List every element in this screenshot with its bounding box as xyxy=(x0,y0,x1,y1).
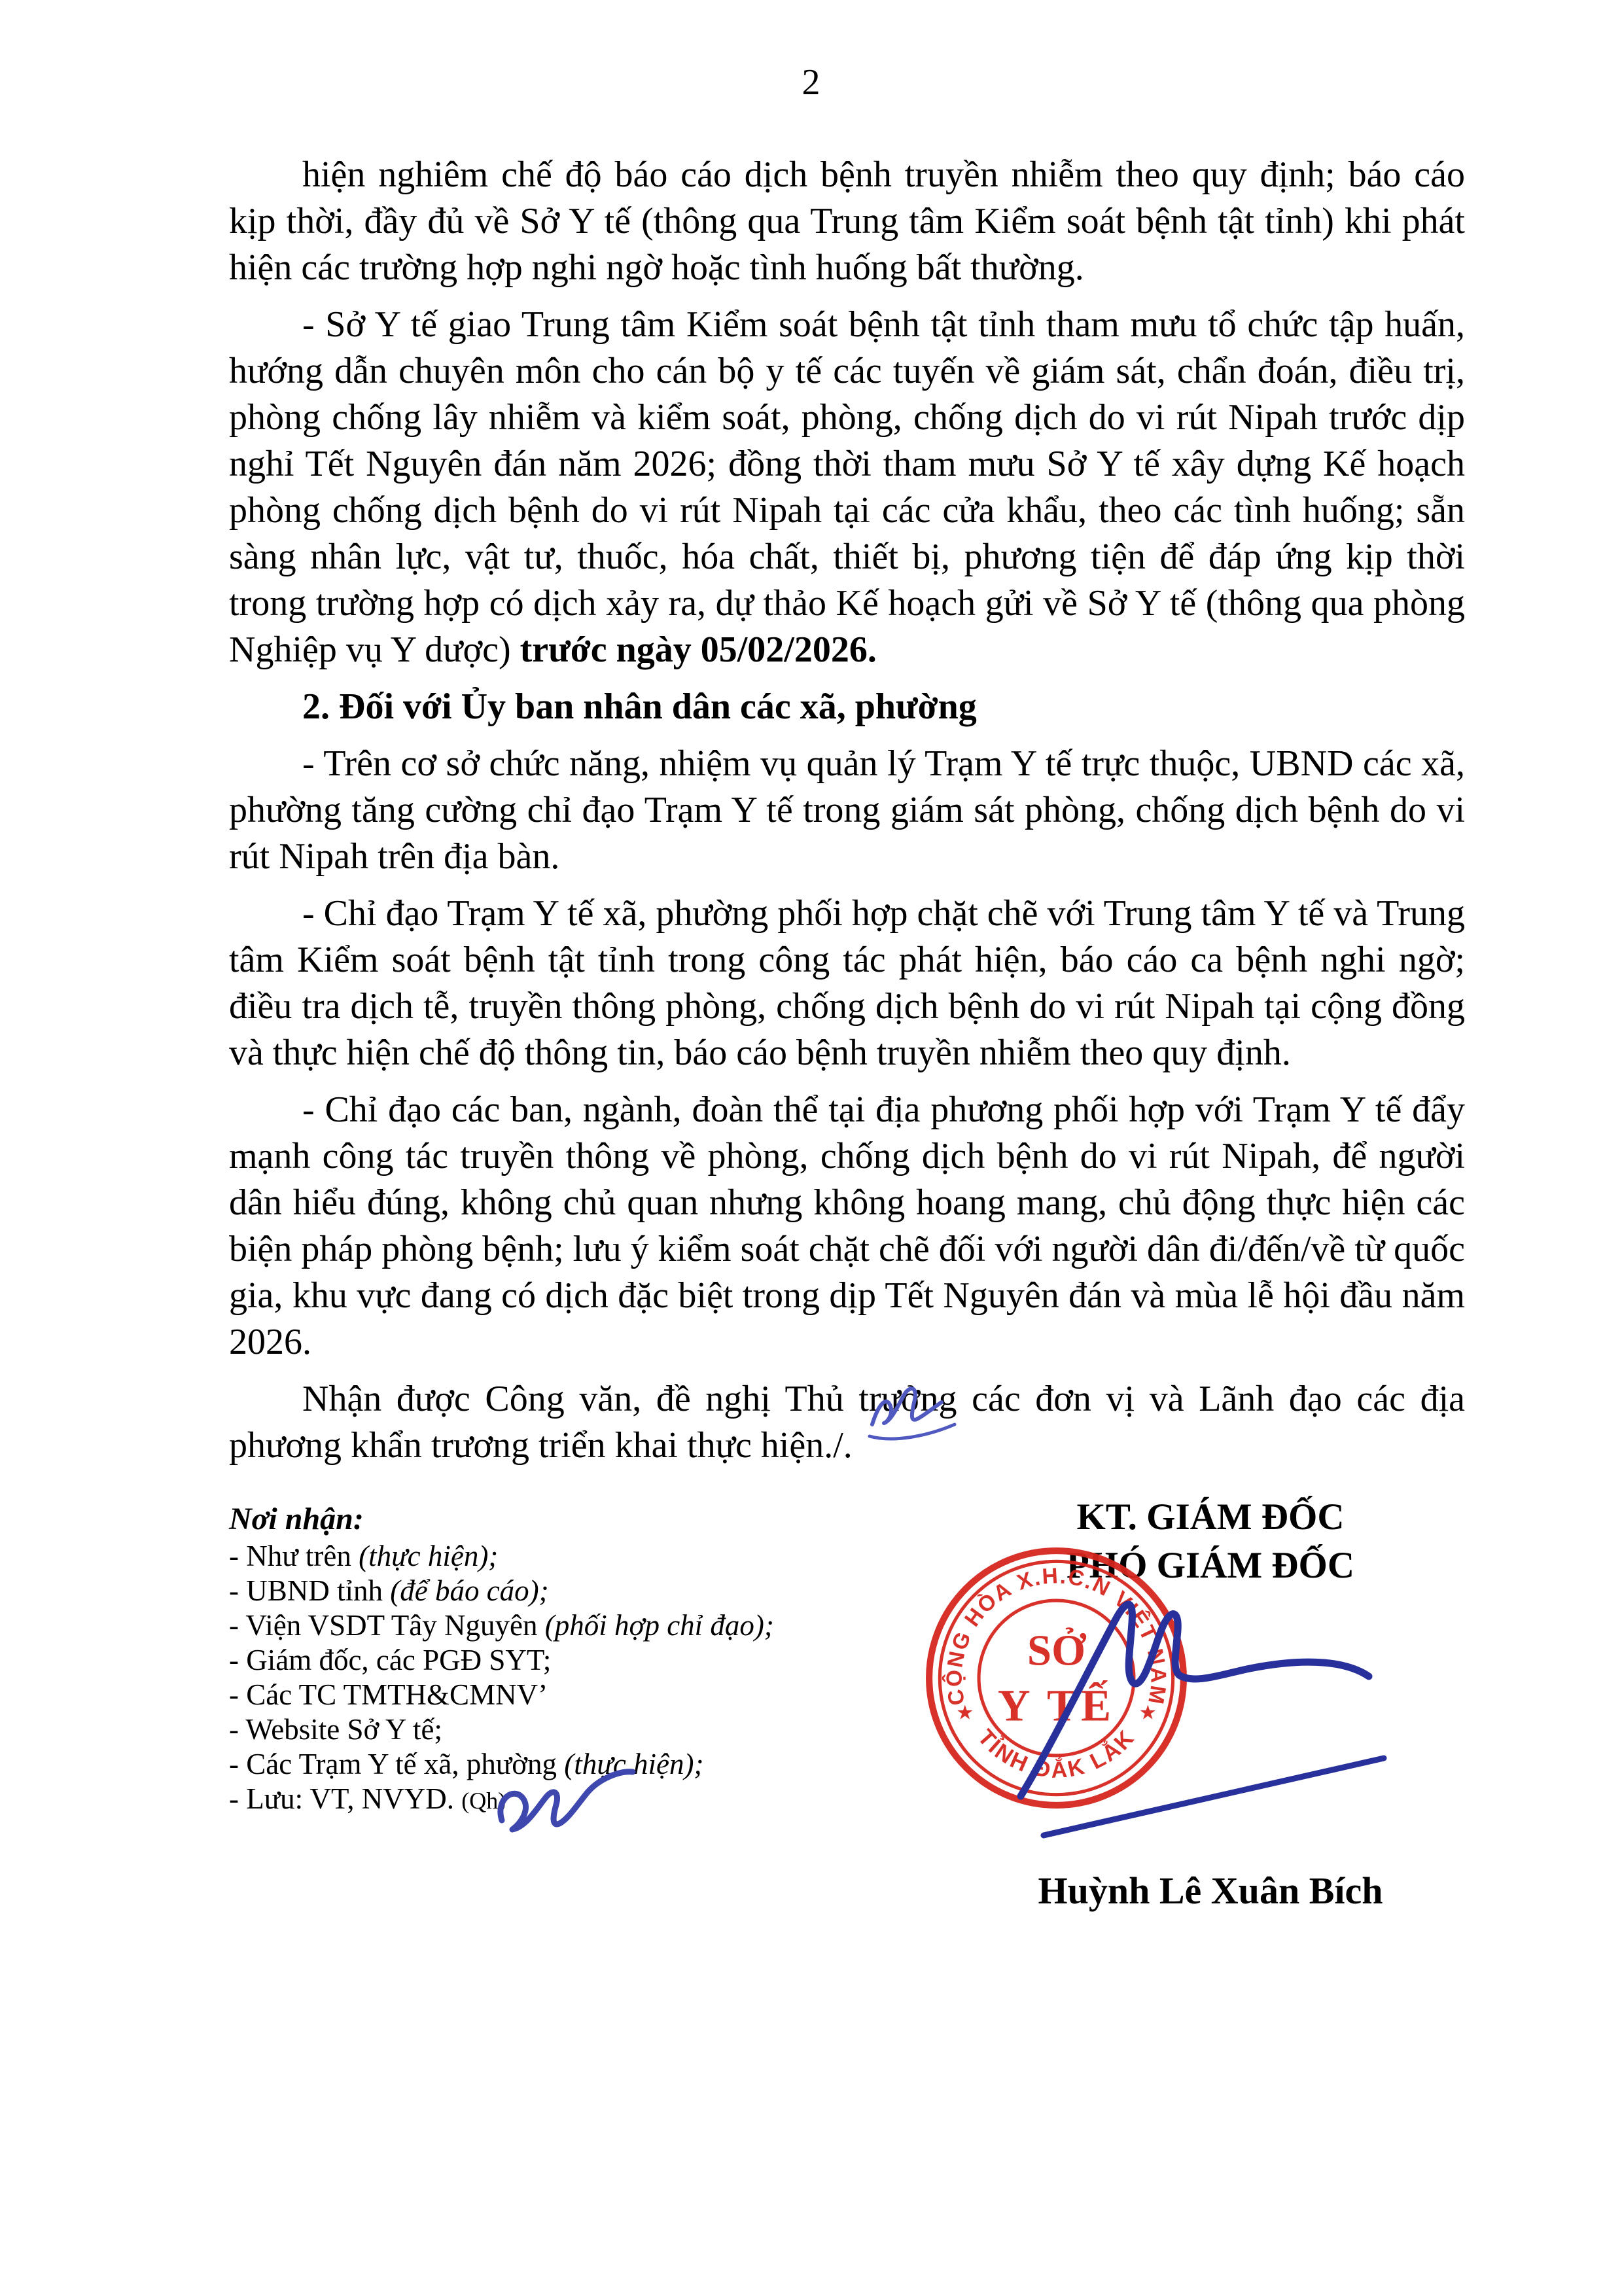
clerk-initials-scribble-icon xyxy=(494,1767,638,1839)
page-number: 2 xyxy=(0,63,1622,102)
signature-stroke xyxy=(1021,1604,1369,1796)
recipient-text: - Giám đốc, các PGĐ SYT; xyxy=(229,1644,551,1676)
recipient-text: - Lưu: VT, NVYD. xyxy=(229,1782,461,1815)
initials-stroke xyxy=(872,1388,942,1424)
paragraph-text: - Sở Y tế giao Trung tâm Kiểm soát bệnh … xyxy=(229,304,1465,670)
section-heading: 2. Đối với Ủy ban nhân dân các xã, phườn… xyxy=(229,684,1465,730)
recipient-text: - Viện VSDT Tây Nguyên xyxy=(229,1609,545,1642)
recipient-text: - Như trên xyxy=(229,1540,359,1572)
recipient-note: (để báo cáo); xyxy=(390,1574,548,1607)
recipient-text: - Các TC TMTH&CMNV’ xyxy=(229,1678,548,1711)
recipient-note: (thực hiện); xyxy=(359,1540,498,1572)
clerk-initials-stroke xyxy=(501,1772,633,1829)
initials-scribble-icon xyxy=(867,1384,959,1446)
signature-scribble-icon xyxy=(968,1570,1413,1858)
signature-underline-stroke xyxy=(1044,1758,1384,1835)
recipient-text: - UBND tỉnh xyxy=(229,1574,390,1607)
recipient-note: (phối hợp chỉ đạo); xyxy=(545,1609,774,1642)
document-body: hiện nghiêm chế độ báo cáo dịch bệnh tru… xyxy=(229,152,1465,1479)
signature-title-line1: KT. GIÁM ĐỐC xyxy=(936,1493,1485,1542)
paragraph: hiện nghiêm chế độ báo cáo dịch bệnh tru… xyxy=(229,152,1465,291)
recipient-text: - Website Sở Y tế; xyxy=(229,1713,442,1746)
paragraph: - Chỉ đạo Trạm Y tế xã, phường phối hợp … xyxy=(229,891,1465,1076)
initials-underline-stroke xyxy=(870,1424,955,1439)
recipient-item: - UBND tỉnh (để báo cáo); xyxy=(229,1574,883,1608)
paragraph: - Sở Y tế giao Trung tâm Kiểm soát bệnh … xyxy=(229,302,1465,673)
recipient-item: - Các TC TMTH&CMNV’ xyxy=(229,1678,883,1712)
paragraph: - Chỉ đạo các ban, ngành, đoàn thể tại đ… xyxy=(229,1087,1465,1366)
recipient-item: - Giám đốc, các PGĐ SYT; xyxy=(229,1643,883,1678)
recipient-item: - Website Sở Y tế; xyxy=(229,1712,883,1747)
recipients-label: Nơi nhận: xyxy=(229,1502,883,1536)
paragraph: Nhận được Công văn, đề nghị Thủ trưởng c… xyxy=(229,1376,1465,1469)
signer-name: Huỳnh Lê Xuân Bích xyxy=(936,1870,1485,1912)
recipient-item: - Như trên (thực hiện); xyxy=(229,1539,883,1574)
paragraph: - Trên cơ sở chức năng, nhiệm vụ quản lý… xyxy=(229,741,1465,880)
recipient-item: - Viện VSDT Tây Nguyên (phối hợp chỉ đạo… xyxy=(229,1608,883,1643)
deadline-bold-text: trước ngày 05/02/2026. xyxy=(520,629,877,670)
